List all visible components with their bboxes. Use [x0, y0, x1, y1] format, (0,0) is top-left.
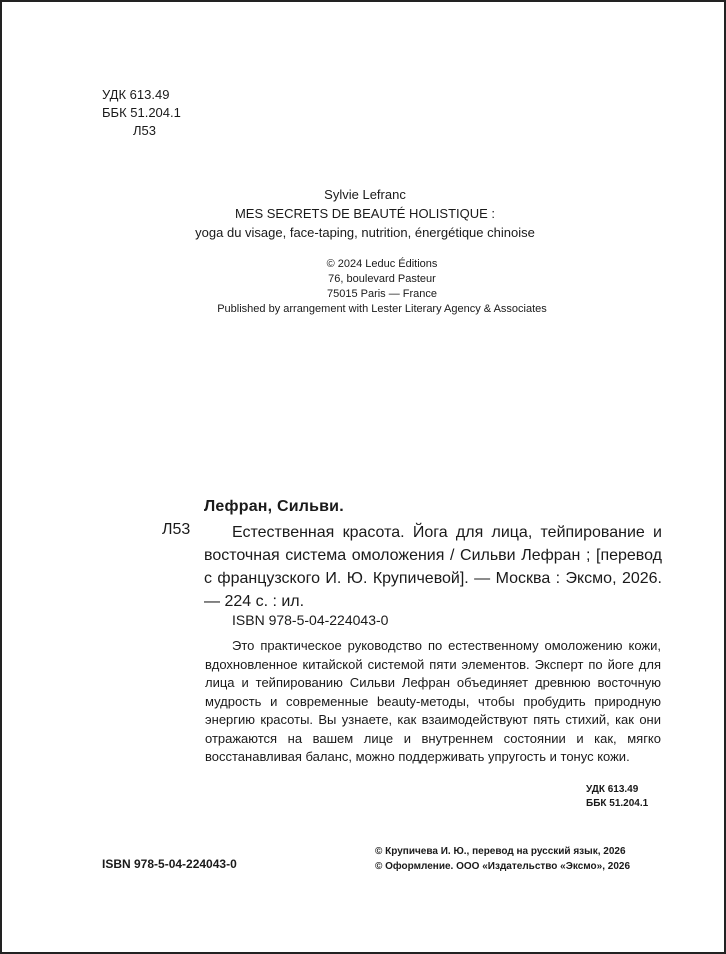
- copyright-translation: © Крупичева И. Ю., перевод на русский яз…: [375, 845, 630, 860]
- annotation: Это практическое руководство по естестве…: [205, 637, 661, 767]
- bib-description: Естественная красота. Йога для лица, тей…: [204, 521, 662, 613]
- udk-code: УДК 613.49: [102, 86, 181, 104]
- imprint-page: УДК 613.49 ББК 51.204.1 Л53 Sylvie Lefra…: [0, 0, 726, 954]
- footer-copyrights: © Крупичева И. Ю., перевод на русский яз…: [375, 845, 630, 874]
- udk-code-bottom: УДК 613.49: [586, 783, 648, 797]
- bbk-code-bottom: ББК 51.204.1: [586, 797, 648, 811]
- publisher-address: 76, boulevard Pasteur: [2, 272, 726, 287]
- bib-description-text: Естественная красота. Йога для лица, тей…: [204, 524, 662, 610]
- bib-author-mark: Л53: [162, 521, 190, 539]
- original-edition: Sylvie Lefranc MES SECRETS DE BEAUTÉ HOL…: [2, 185, 726, 242]
- publisher-city: 75015 Paris — France: [2, 287, 726, 302]
- arrangement-note: Published by arrangement with Lester Lit…: [2, 302, 726, 317]
- bib-isbn: ISBN 978-5-04-224043-0: [232, 612, 388, 628]
- original-title: MES SECRETS DE BEAUTÉ HOLISTIQUE :: [2, 204, 726, 223]
- original-copyright: © 2024 Leduc Éditions 76, boulevard Past…: [2, 257, 726, 317]
- original-subtitle: yoga du visage, face-taping, nutrition, …: [2, 223, 726, 242]
- author-heading: Лефран, Сильви.: [204, 498, 344, 516]
- copyright-design: © Оформление. ООО «Издательство «Эксмо»,…: [375, 860, 630, 875]
- classification-top: УДК 613.49 ББК 51.204.1 Л53: [102, 86, 181, 140]
- classification-bottom: УДК 613.49 ББК 51.204.1: [586, 783, 648, 811]
- original-copyright-line: © 2024 Leduc Éditions: [2, 257, 726, 272]
- bbk-code: ББК 51.204.1: [102, 104, 181, 122]
- author-mark: Л53: [102, 122, 181, 140]
- footer-isbn: ISBN 978-5-04-224043-0: [102, 857, 237, 871]
- original-author: Sylvie Lefranc: [2, 185, 726, 204]
